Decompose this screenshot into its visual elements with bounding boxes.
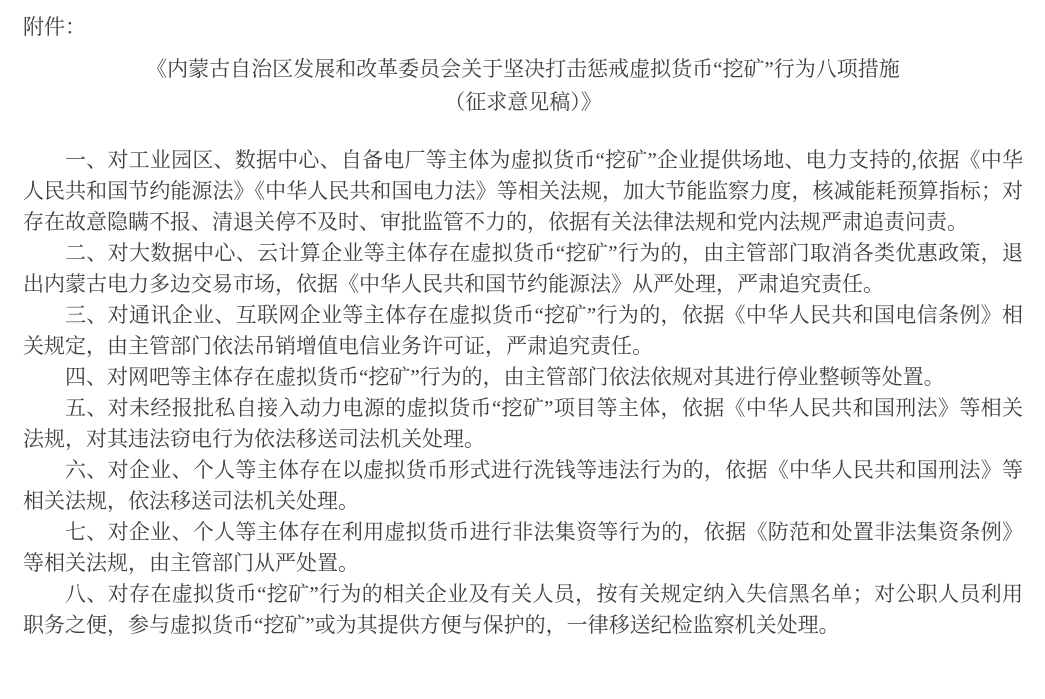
paragraph-4: 四、对网吧等主体存在虚拟货币“挖矿”行为的，由主管部门依法依规对其进行停业整顿等… [23, 362, 1023, 393]
document-title-line2: （征求意见稿）》 [23, 86, 1023, 119]
document-title-line1: 《内蒙古自治区发展和改革委员会关于坚决打击惩戒虚拟货币“挖矿”行为八项措施 [23, 53, 1023, 86]
attachment-label: 附件： [23, 12, 1023, 43]
paragraph-5: 五、对未经报批私自接入动力电源的虚拟货币“挖矿”项目等主体，依据《中华人民共和国… [23, 393, 1023, 455]
document-body: 一、对工业园区、数据中心、自备电厂等主体为虚拟货币“挖矿”企业提供场地、电力支持… [23, 145, 1023, 641]
paragraph-2: 二、对大数据中心、云计算企业等主体存在虚拟货币“挖矿”行为的，由主管部门取消各类… [23, 238, 1023, 300]
document-page: 附件： 《内蒙古自治区发展和改革委员会关于坚决打击惩戒虚拟货币“挖矿”行为八项措… [0, 0, 1045, 699]
paragraph-6: 六、对企业、个人等主体存在以虚拟货币形式进行洗钱等违法行为的，依据《中华人民共和… [23, 455, 1023, 517]
paragraph-3: 三、对通讯企业、互联网企业等主体存在虚拟货币“挖矿”行为的，依据《中华人民共和国… [23, 300, 1023, 362]
document-title: 《内蒙古自治区发展和改革委员会关于坚决打击惩戒虚拟货币“挖矿”行为八项措施 （征… [23, 53, 1023, 119]
paragraph-1: 一、对工业园区、数据中心、自备电厂等主体为虚拟货币“挖矿”企业提供场地、电力支持… [23, 145, 1023, 238]
paragraph-7: 七、对企业、个人等主体存在利用虚拟货币进行非法集资等行为的，依据《防范和处置非法… [23, 517, 1023, 579]
paragraph-8: 八、对存在虚拟货币“挖矿”行为的相关企业及有关人员，按有关规定纳入失信黑名单；对… [23, 579, 1023, 641]
